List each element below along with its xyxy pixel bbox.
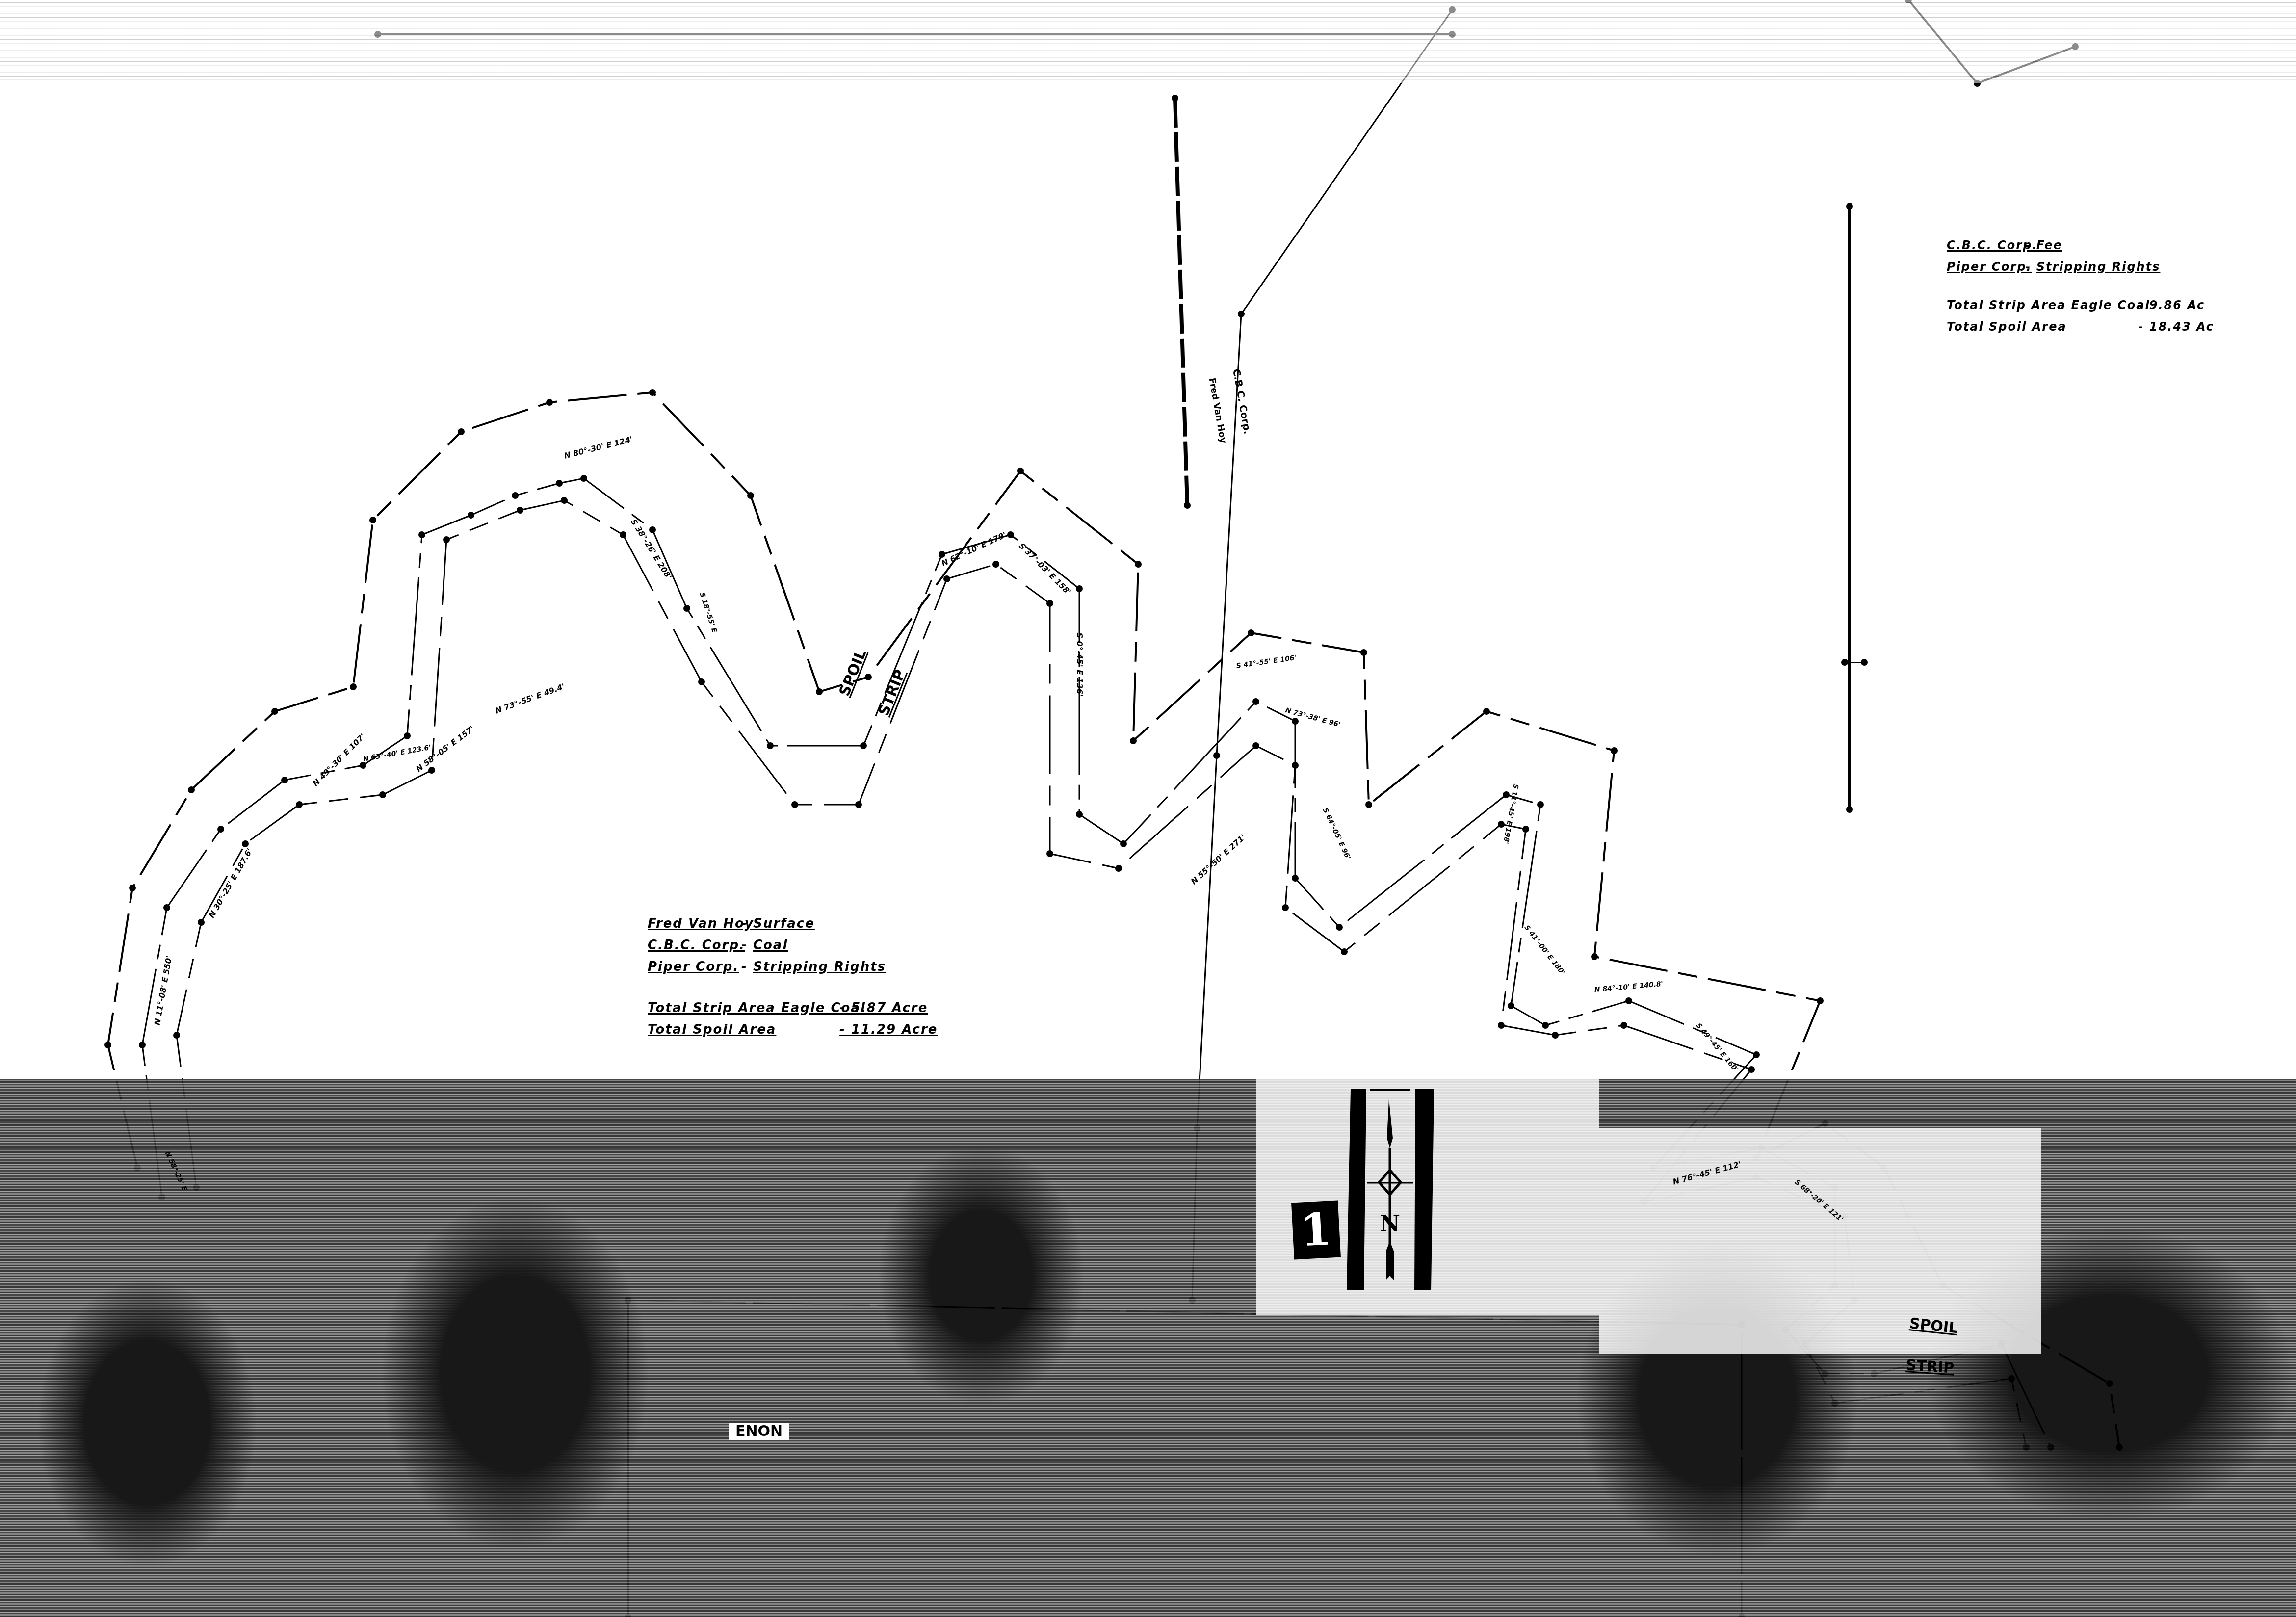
vertex-marker [1017,468,1024,474]
legend-row-owner: Fred Van Hoy - Surface [648,917,938,930]
vertex-marker [198,919,205,926]
vertex-marker [1498,821,1505,828]
north-arrow-icon: N [1342,1084,1440,1295]
vertex-marker [855,801,862,808]
total-label: Total Strip Area Eagle Coal [648,1002,834,1015]
vertex-marker [1365,801,1372,808]
total-label: Total Spoil Area [648,1023,834,1036]
vertex-marker [188,786,195,793]
vertex-marker [1753,1051,1760,1058]
vertex-marker [428,767,435,774]
svg-text:N: N [1380,1210,1400,1237]
legend-right: C.B.C. Corp. - Fee Piper Corp. - Strippi… [1947,239,2214,342]
vertex-marker [1846,806,1853,813]
vertex-marker [1483,708,1490,715]
vertex-marker [561,497,568,504]
vertex-marker [1252,742,1259,749]
vertex-marker [369,517,376,523]
owner-right: Fee [2036,238,2062,252]
vertex-marker [816,688,823,695]
owner-name: C.B.C. Corp. [648,939,736,952]
legend-center: Fred Van Hoy - Surface C.B.C. Corp. - Co… [648,917,938,1045]
owner-name: C.B.C. Corp. [1947,239,2020,251]
vertex-marker [1508,1002,1514,1009]
sheet-number-badge: 1 [1291,1201,1341,1260]
vertex-marker [173,1032,180,1039]
vertex-marker [379,791,386,798]
vertex-marker [517,507,523,514]
vertex-marker [620,531,626,538]
boundary-line [1175,98,1187,505]
vertex-marker [1292,762,1299,769]
vertex-marker [1184,502,1191,509]
scan-light-patch [1599,1128,2041,1354]
legend-row-owner: Piper Corp. - Stripping Rights [648,961,938,973]
legend-row-total: Total Strip Area Eagle Coal - 9.86 Ac [1947,299,2214,311]
vertex-marker [1341,948,1348,955]
vertex-marker [1172,95,1178,102]
owner-name: Piper Corp. [648,961,736,973]
vertex-marker [791,801,798,808]
total-label: Total Spoil Area [1947,321,2133,333]
vertex-marker [1135,561,1142,568]
vertex-marker [1252,698,1259,705]
vertex-marker [943,575,950,582]
vertex-marker [1611,747,1618,754]
total-value: - 11.29 Acre [839,1022,938,1037]
vertex-marker [1120,840,1127,847]
vertex-marker [860,742,867,749]
legend-row-owner: C.B.C. Corp. - Coal [648,939,938,952]
vertex-marker [747,492,754,499]
vertex-marker [1522,826,1529,833]
vertex-marker [458,428,465,435]
vertex-marker [767,742,774,749]
vertex-marker [1591,953,1598,960]
vertex-marker [1817,997,1824,1004]
total-label: Total Strip Area Eagle Coal [1947,299,2133,311]
vertex-marker [271,708,278,715]
vertex-marker [1841,659,1848,666]
vertex-marker [1537,801,1544,808]
strip-label-right: STRIP [1905,1356,1955,1377]
vertex-marker [418,531,425,538]
owner-name: Piper Corp. [1947,261,2020,273]
owner-right: Coal [753,938,788,953]
vertex-marker [683,605,690,612]
vertex-marker [404,732,411,739]
vertex-marker [468,512,474,519]
total-value: - 18.43 Ac [2138,320,2214,334]
vertex-marker [129,885,136,891]
vertex-marker [1861,659,1868,666]
legend-row-total: Total Spoil Area - 18.43 Ac [1947,321,2214,333]
vertex-marker [443,536,450,543]
vertex-marker [580,475,587,482]
vertex-marker [1542,1022,1549,1029]
vertex-marker [556,480,563,487]
vertex-marker [281,777,288,783]
vertex-marker [1498,1022,1505,1029]
total-value: - 5.87 Acre [839,1001,928,1016]
legend-row-owner: C.B.C. Corp. - Fee [1947,239,2214,251]
vertex-marker [1360,649,1367,656]
vertex-marker [1076,811,1083,818]
legend-row-owner: Piper Corp. - Stripping Rights [1947,261,2214,273]
vertex-marker [1007,531,1014,538]
vertex-marker [163,904,170,911]
bearing-label: S 0°-45' E 136' [1075,633,1084,697]
vertex-marker [1620,1022,1627,1029]
vertex-marker [1846,203,1853,209]
vertex-marker [1292,718,1299,725]
vertex-marker [992,561,999,568]
vertex-marker [1115,865,1122,872]
vertex-marker [1076,585,1083,592]
vertex-marker [1282,904,1289,911]
vertex-marker [512,492,519,499]
vertex-marker [649,526,656,533]
vertex-marker [1748,1066,1755,1073]
vertex-marker [1046,600,1053,607]
scan-noise-top [0,0,2296,83]
legend-row-total: Total Spoil Area - 11.29 Acre [648,1023,938,1036]
owner-right: Stripping Rights [753,960,886,974]
owner-right: Stripping Rights [2036,260,2161,274]
vertex-marker [546,399,553,406]
vertex-marker [865,674,872,680]
owner-name: Fred Van Hoy [648,917,736,930]
total-value: - 9.86 Ac [2138,298,2205,312]
vertex-marker [1213,752,1220,759]
vertex-marker [1503,791,1510,798]
vertex-marker [296,801,303,808]
vertex-marker [242,840,249,847]
legend-row-total: Total Strip Area Eagle Coal - 5.87 Acre [648,1002,938,1015]
vertex-marker [1552,1032,1559,1039]
owner-right: Surface [753,916,815,931]
vertex-marker [1046,850,1053,857]
vertex-marker [217,826,224,833]
vertex-marker [139,1042,146,1048]
vertex-marker [1625,997,1632,1004]
vertex-marker [1238,311,1245,317]
vertex-marker [698,678,705,685]
vertex-marker [1336,924,1343,931]
vertex-marker [939,551,945,558]
vertex-marker [1248,629,1254,636]
town-label-enon: ENON [729,1423,789,1440]
vertex-marker [1292,875,1299,882]
vertex-marker [1130,737,1137,744]
vertex-marker [350,683,357,690]
vertex-marker [104,1042,111,1048]
vertex-marker [649,389,656,396]
